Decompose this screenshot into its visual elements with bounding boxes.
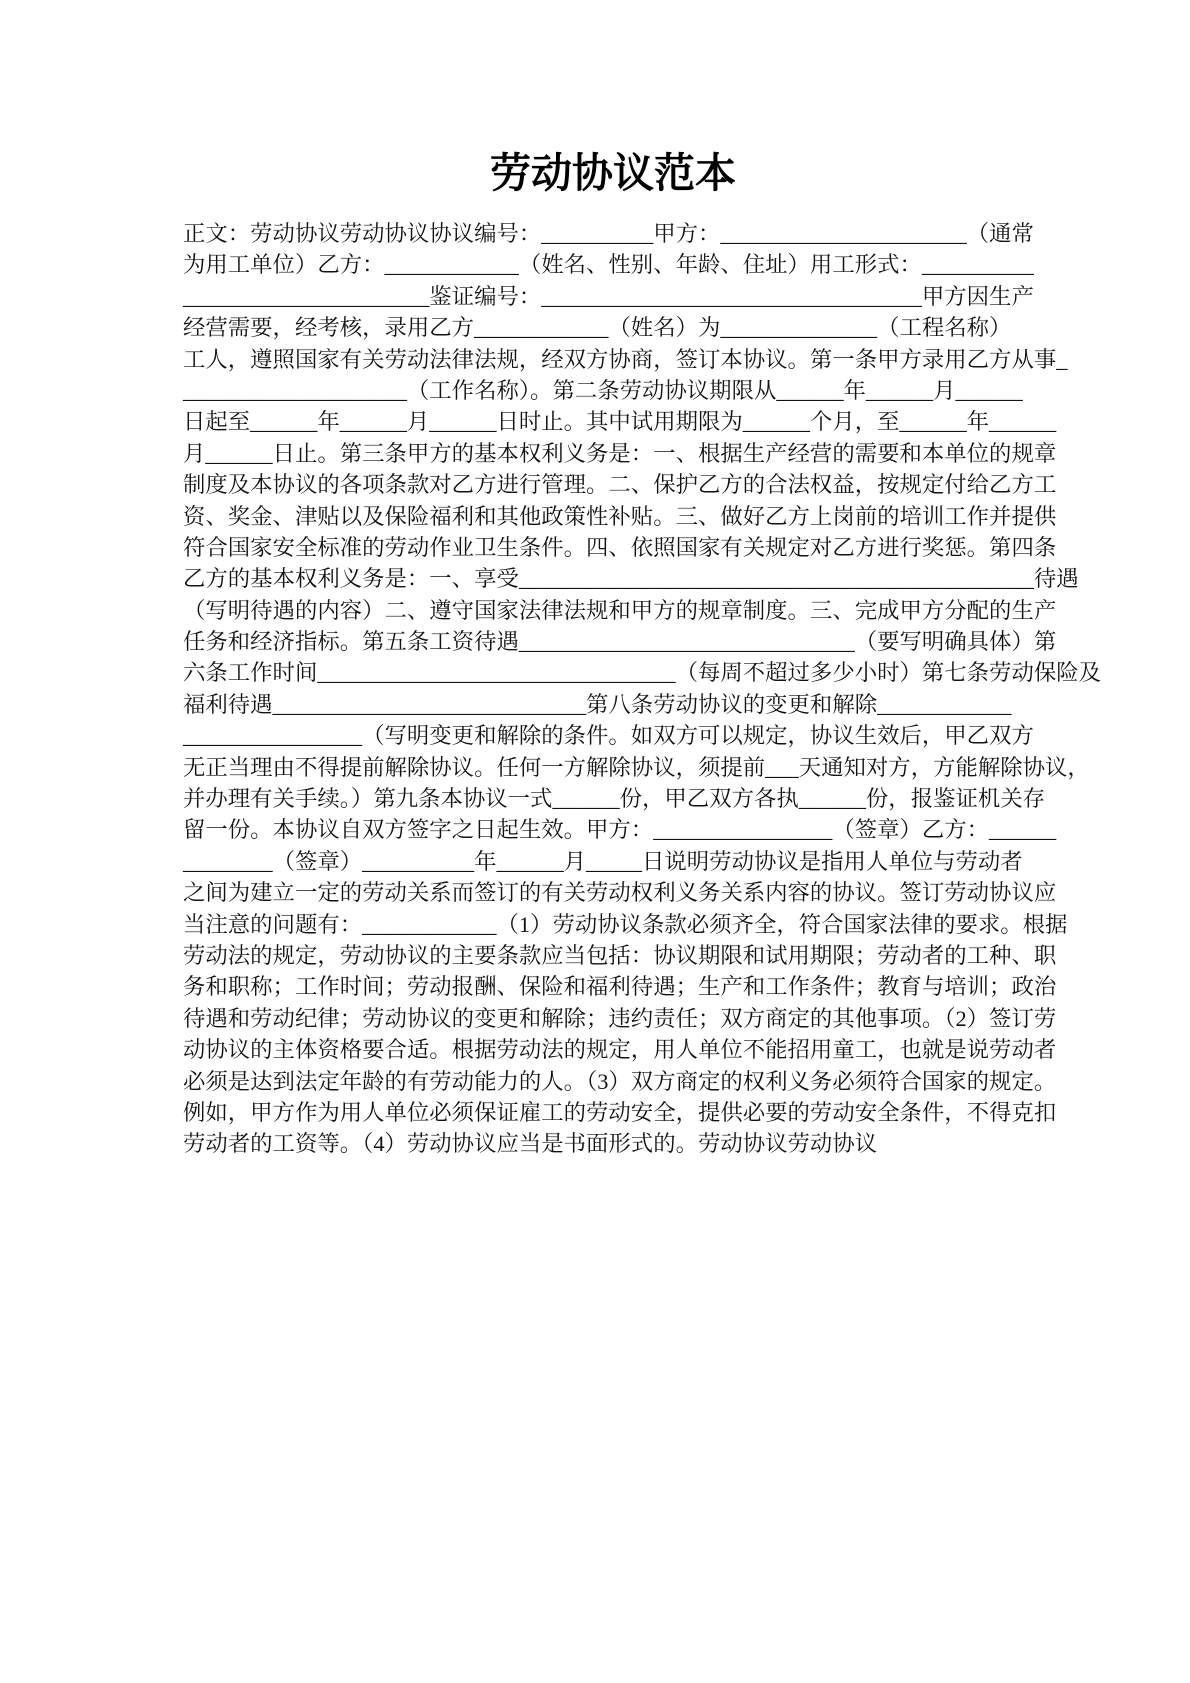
document-line: 正文：劳动协议劳动协议协议编号：__________甲方：___________… bbox=[183, 218, 1043, 249]
document-line: 必须是达到法定年龄的有劳动能力的人。（3）双方商定的权利义务必须符合国家的规定。 bbox=[183, 1066, 1043, 1097]
document-line: 资、奖金、津贴以及保险福利和其他政策性补贴。三、做好乙方上岗前的培训工作并提供 bbox=[183, 501, 1043, 532]
document-line: 日起至______年______月______日时止。其中试用期限为______… bbox=[183, 406, 1043, 437]
document-line: （写明待遇的内容）二、遵守国家法律法规和甲方的规章制度。三、完成甲方分配的生产 bbox=[183, 595, 1043, 626]
document-line: ________________（写明变更和解除的条件。如双方可以规定，协议生效… bbox=[183, 720, 1043, 751]
document-line: 制度及本协议的各项条款对乙方进行管理。二、保护乙方的合法权益，按规定付给乙方工 bbox=[183, 469, 1043, 500]
document-line: 留一份。本协议自双方签字之日起生效。甲方：________________（签章… bbox=[183, 814, 1043, 845]
document-line: 符合国家安全标准的劳动作业卫生条件。四、依照国家有关规定对乙方进行奖惩。第四条 bbox=[183, 532, 1043, 563]
document-line: 工人，遵照国家有关劳动法律法规，经双方协商，签订本协议。第一条甲方录用乙方从事_ bbox=[183, 344, 1043, 375]
document-line: 无正当理由不得提前解除协议。任何一方解除协议，须提前___天通知对方，方能解除协… bbox=[183, 752, 1043, 783]
document-line: 经营需要，经考核，录用乙方____________（姓名）为__________… bbox=[183, 312, 1043, 343]
document-line: 务和职称；工作时间；劳动报酬、保险和福利待遇；生产和工作条件；教育与培训；政治 bbox=[183, 971, 1043, 1002]
document-line: 为用工单位）乙方：____________（姓名、性别、年龄、住址）用工形式：_… bbox=[183, 249, 1043, 280]
document-line: 例如，甲方作为用人单位必须保证雇工的劳动安全，提供必要的劳动安全条件，不得克扣 bbox=[183, 1097, 1043, 1128]
document-line: 待遇和劳动纪律；劳动协议的变更和解除；违约责任；双方商定的其他事项。（2）签订劳 bbox=[183, 1003, 1043, 1034]
document-body: 正文：劳动协议劳动协议协议编号：__________甲方：___________… bbox=[183, 218, 1043, 1160]
document-line: 动协议的主体资格要合适。根据劳动法的规定，用人单位不能招用童工，也就是说劳动者 bbox=[183, 1034, 1043, 1065]
document-line: 月______日止。第三条甲方的基本权利义务是：一、根据生产经营的需要和本单位的… bbox=[183, 438, 1043, 469]
document-line: 任务和经济指标。第五条工资待遇_________________________… bbox=[183, 626, 1043, 657]
document-line: 劳动法的规定，劳动协议的主要条款应当包括：协议期限和试用期限；劳动者的工种、职 bbox=[183, 940, 1043, 971]
document-line: ________（签章）__________年______月_____日说明劳动… bbox=[183, 846, 1043, 877]
document-line: 当注意的问题有：____________（1）劳动协议条款必须齐全，符合国家法律… bbox=[183, 909, 1043, 940]
document-line: 劳动者的工资等。（4）劳动协议应当是书面形式的。劳动协议劳动协议 bbox=[183, 1128, 1043, 1159]
labor-agreement-document: 劳动协议范本 正文：劳动协议劳动协议协议编号：__________甲方：____… bbox=[183, 148, 1043, 1160]
document-line: 之间为建立一定的劳动关系而签订的有关劳动权利义务关系内容的协议。签订劳动协议应 bbox=[183, 877, 1043, 908]
document-line: 并办理有关手续。）第九条本协议一式______份，甲乙双方各执______份，报… bbox=[183, 783, 1043, 814]
document-line: 福利待遇____________________________第八条劳动协议的… bbox=[183, 689, 1043, 720]
document-line: ______________________鉴证编号：_____________… bbox=[183, 281, 1043, 312]
document-line: 六条工作时间________________________________（每… bbox=[183, 657, 1043, 688]
document-title: 劳动协议范本 bbox=[183, 148, 1043, 198]
document-page: 劳动协议范本 正文：劳动协议劳动协议协议编号：__________甲方：____… bbox=[0, 0, 1190, 1683]
document-line: ____________________（工作名称）。第二条劳动协议期限从___… bbox=[183, 375, 1043, 406]
document-line: 乙方的基本权利义务是：一、享受_________________________… bbox=[183, 563, 1043, 594]
